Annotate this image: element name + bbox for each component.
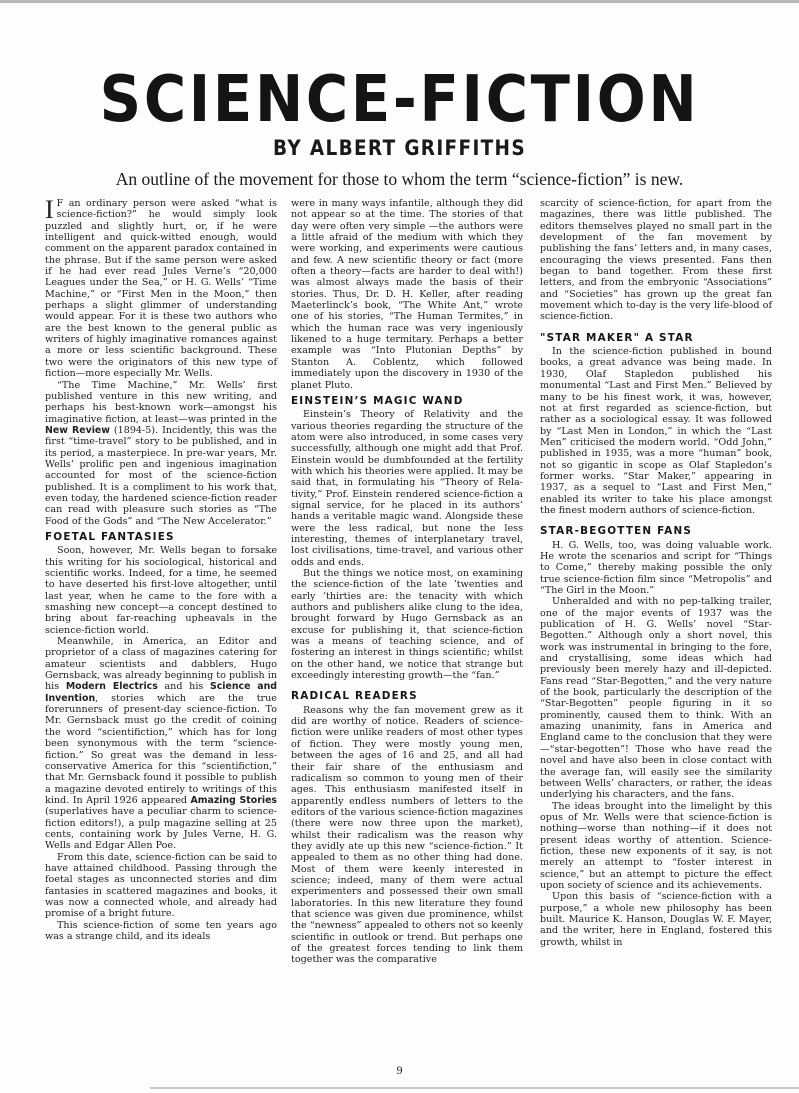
byline: BY ALBERT GRIFFITHS <box>48 136 751 160</box>
radical-paragraph-1-start: Reasons why the fan movement grew as it … <box>291 705 523 966</box>
publication-name: Modern Electrics <box>66 681 158 692</box>
section-heading-star-begotten: STAR-BEGOTTEN FANS <box>540 526 772 537</box>
foetal-paragraph-4-start: This science-fiction of some ten years a… <box>45 920 277 943</box>
foetal-paragraph-1: Soon, however, Mr. Wells began to for­sa… <box>45 545 277 636</box>
section-heading-einstein: EINSTEIN’S MAGIC WAND <box>291 396 523 407</box>
star-maker-paragraph-1: In the science-fiction published in boun… <box>540 346 772 516</box>
intro-paragraph-1: IF an ordinary person were asked “what i… <box>45 198 277 380</box>
foetal-paragraph-4-cont: were in many ways infantile, although th… <box>291 198 523 391</box>
page-number: 9 <box>0 1066 799 1077</box>
column-1: IF an ordinary person were asked “what i… <box>45 198 277 942</box>
publication-name: Amazing Stories <box>190 795 277 806</box>
column-3: scarcity of science-fiction, for apart f… <box>540 198 772 948</box>
publication-name: New Review <box>45 425 110 436</box>
column-2: were in many ways infantile, although th… <box>291 198 523 966</box>
star-begotten-paragraph-4: Upon this basis of “science-fiction with… <box>540 891 772 948</box>
drop-cap: I <box>45 199 54 220</box>
star-begotten-paragraph-1: H. G. Wells, too, was doing valuable wor… <box>540 540 772 597</box>
intro-paragraph-2: “The Time Machine,” Mr. Wells’ first pub… <box>45 380 277 527</box>
einstein-paragraph-1: Einstein’s Theory of Relativity and the … <box>291 409 523 568</box>
foetal-paragraph-2: Meanwhile, in America, an Editor and pro… <box>45 636 277 852</box>
radical-paragraph-1-cont: scarcity of science-fiction, for apart f… <box>540 198 772 323</box>
star-begotten-paragraph-3: The ideas brought into the limelight by … <box>540 801 772 892</box>
standfirst: An outline of the movement for those to … <box>0 169 799 190</box>
scan-bottom-edge <box>150 1087 799 1089</box>
scan-top-edge <box>0 0 799 3</box>
section-heading-foetal-fantasies: FOETAL FANTASIES <box>45 532 277 543</box>
einstein-paragraph-2: But the things we notice most, on ex­ami… <box>291 568 523 681</box>
section-heading-radical-readers: RADICAL READERS <box>291 691 523 702</box>
star-begotten-paragraph-2: Unheralded and with no pep-talking trail… <box>540 596 772 800</box>
section-heading-star-maker: "STAR MAKER" A STAR <box>540 333 772 344</box>
foetal-paragraph-3: From this date, science-fiction can be s… <box>45 852 277 920</box>
article-title: SCIENCE-FICTION <box>40 68 759 132</box>
